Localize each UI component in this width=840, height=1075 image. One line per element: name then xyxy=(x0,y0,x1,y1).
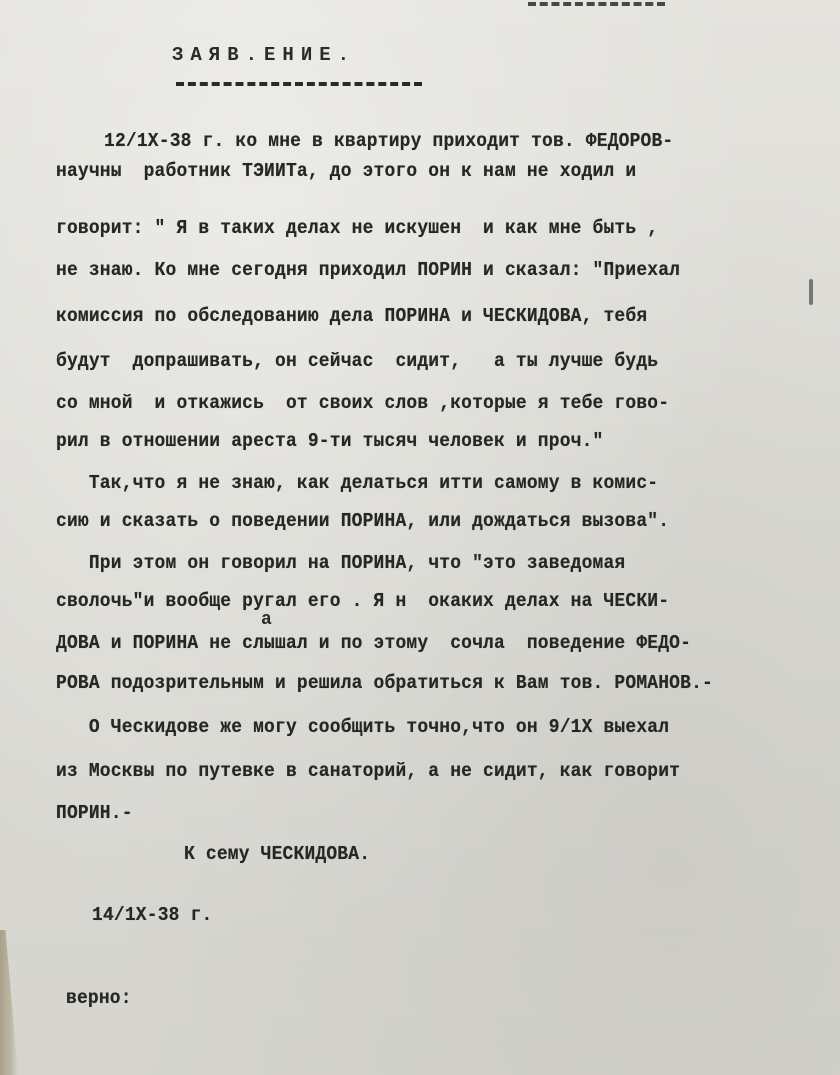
body-line: ДОВА и ПОРИНА не слышал и по этому сочла… xyxy=(56,632,691,654)
body-line: При этом он говорил на ПОРИНА, что "это … xyxy=(56,552,625,574)
certification-label: верно: xyxy=(66,987,132,1009)
signature-line: К сему ЧЕСКИДОВА. xyxy=(184,843,370,865)
body-line: сию и сказать о поведении ПОРИНА, или до… xyxy=(56,510,669,532)
handwritten-correction: а xyxy=(261,610,272,630)
body-line: научны работник ТЭИИТа, до этого он к на… xyxy=(56,160,636,182)
body-line: комиссия по обследованию дела ПОРИНА и Ч… xyxy=(56,305,647,327)
body-line: 12/1Х-38 г. ко мне в квартиру приходит т… xyxy=(104,130,673,152)
body-line: ПОРИН.- xyxy=(56,802,133,824)
document-title: ЗАЯВ.ЕНИЕ. xyxy=(172,44,356,66)
body-line: О Ческидове же могу сообщить точно,что о… xyxy=(56,716,669,738)
body-line: будут допрашивать, он сейчас сидит, а ты… xyxy=(56,350,658,372)
body-line: со мной и откажись от своих слов ,которы… xyxy=(56,392,669,414)
document-page: ЗАЯВ.ЕНИЕ. 12/1Х-38 г. ко мне в квартиру… xyxy=(0,0,840,1075)
title-underline xyxy=(176,82,422,90)
body-line: из Москвы по путевке в санаторий, а не с… xyxy=(56,760,680,782)
margin-mark xyxy=(809,279,813,305)
date-line: 14/1Х-38 г. xyxy=(92,904,212,926)
body-line: говорит: " Я в таких делах не искушен и … xyxy=(56,217,658,239)
body-line: не знаю. Ко мне сегодня приходил ПОРИН и… xyxy=(56,259,680,281)
body-line: РОВА подозрительным и решила обратиться … xyxy=(56,672,713,694)
body-line: Так,что я не знаю, как делаться итти сам… xyxy=(56,472,658,494)
paper-edge xyxy=(0,930,18,1075)
body-line: рил в отношении ареста 9-ти тысяч челове… xyxy=(56,430,604,452)
top-dashed-rule xyxy=(528,2,665,11)
body-line: сволочь"и вообще ругал его . Я н окаких … xyxy=(56,590,669,612)
